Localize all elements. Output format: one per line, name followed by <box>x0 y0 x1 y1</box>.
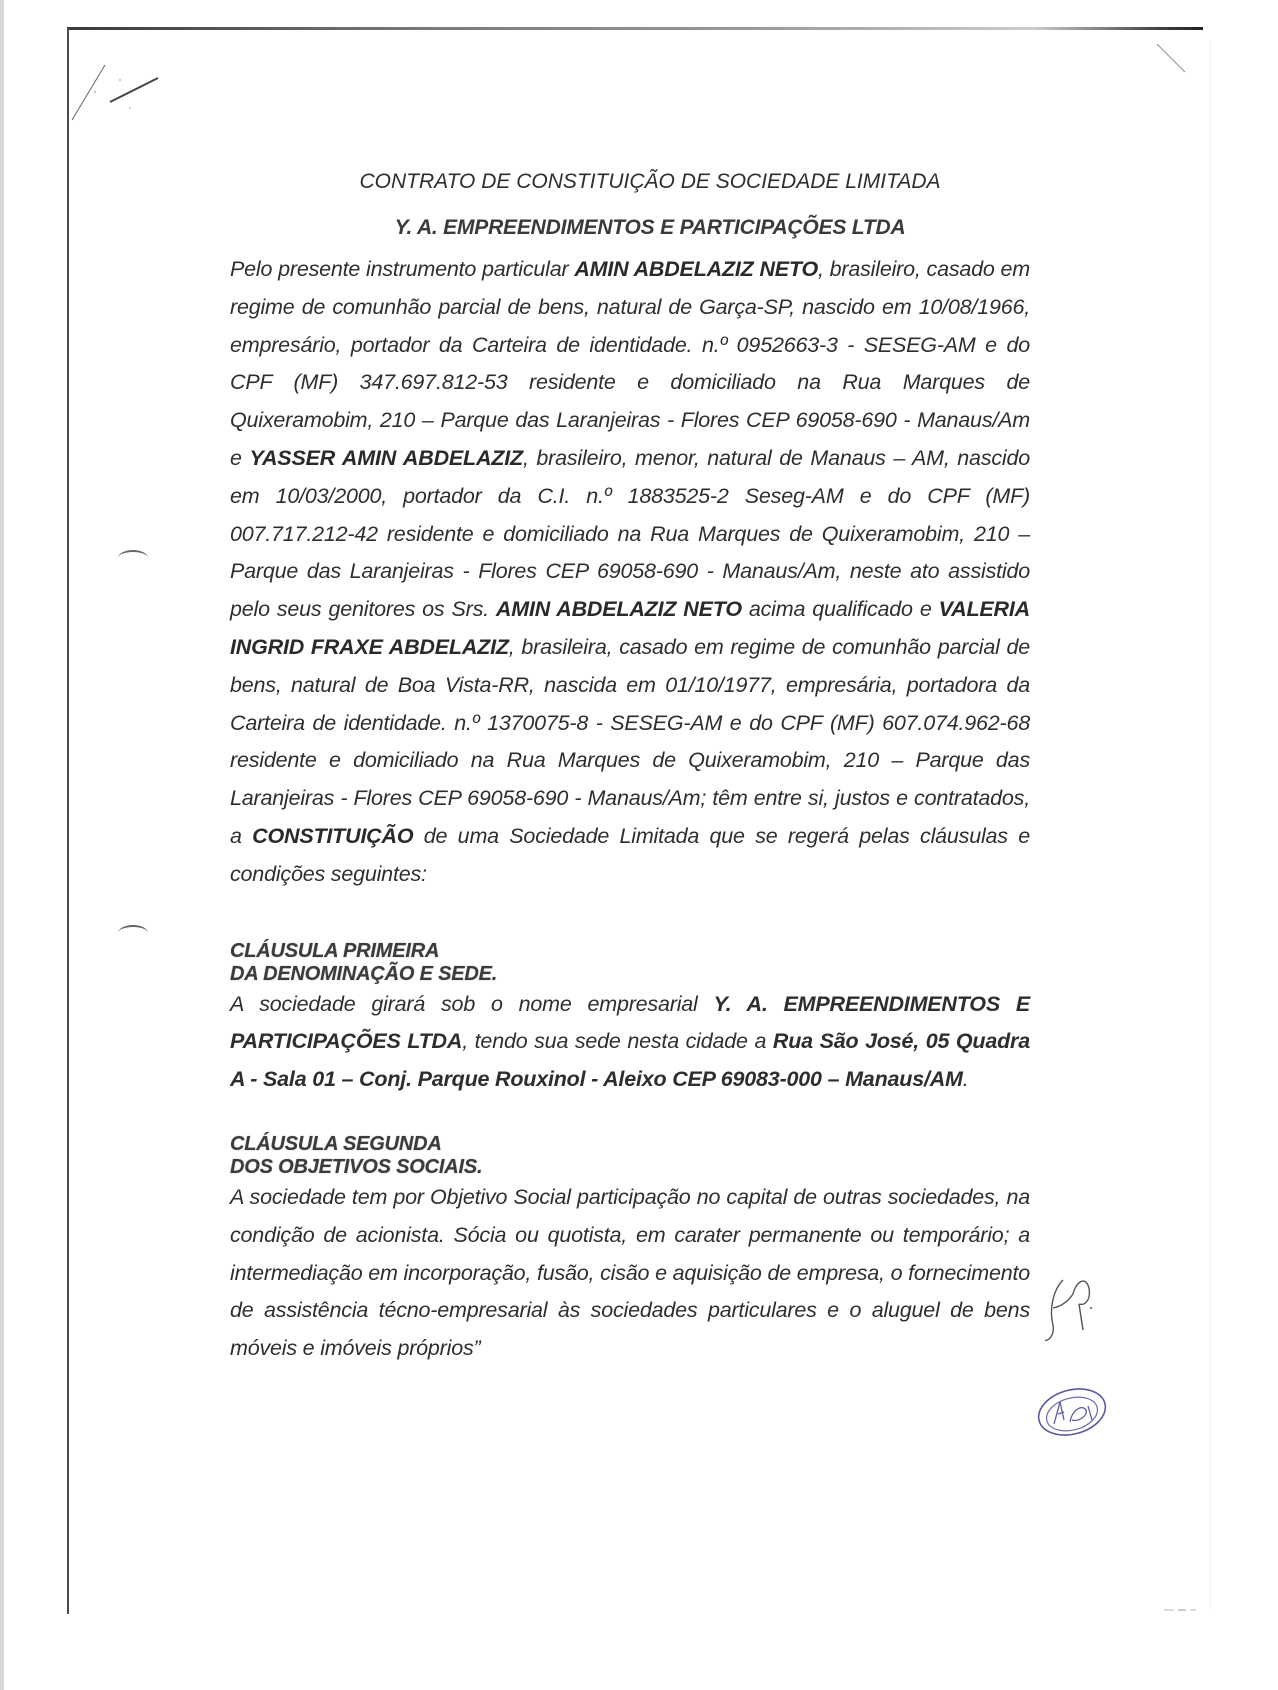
clause-body: A sociedade girará sob o nome empresaria… <box>230 986 1030 1099</box>
handwritten-initials-icon <box>1045 1270 1105 1350</box>
punch-hole-mark <box>118 925 148 941</box>
intro-text: , brasileira, casado em regime de comunh… <box>230 635 1030 848</box>
page-top-edge <box>68 27 1203 30</box>
company-name-heading: Y. A. EMPREENDIMENTOS E PARTICIPAÇÕES LT… <box>230 211 1030 245</box>
intro-text: , brasileiro, casado em regime de comunh… <box>230 257 1030 470</box>
clause-heading: DOS OBJETIVOS SOCIAIS. <box>230 1156 1030 1179</box>
viewer-left-border <box>0 0 4 1690</box>
clause-primeira: CLÁUSULA PRIMEIRA DA DENOMINAÇÃO E SEDE.… <box>230 940 1030 1099</box>
scan-speckle-marks <box>1160 1600 1210 1614</box>
document-title: CONTRATO DE CONSTITUIÇÃO DE SOCIEDADE LI… <box>230 165 1030 199</box>
clause-heading: DA DENOMINAÇÃO E SEDE. <box>230 963 1030 986</box>
corner-fold-mark-icon <box>1155 40 1195 80</box>
circled-initials-stamp-icon <box>1032 1380 1112 1440</box>
intro-paragraph: Pelo presente instrumento particular AMI… <box>230 251 1030 894</box>
intro-text: , brasileiro, menor, natural de Manaus –… <box>230 446 1030 621</box>
page-right-edge <box>1210 40 1211 1610</box>
party-name: AMIN ABDELAZIZ NETO <box>496 597 742 621</box>
clause-number: CLÁUSULA SEGUNDA <box>230 1133 1030 1156</box>
contract-document: CONTRATO DE CONSTITUIÇÃO DE SOCIEDADE LI… <box>230 165 1030 1368</box>
clause-number: CLÁUSULA PRIMEIRA <box>230 940 1030 963</box>
clause-text: , tendo sua sede nesta cidade a <box>462 1029 773 1053</box>
punch-hole-mark <box>118 550 148 566</box>
party-name: AMIN ABDELAZIZ NETO <box>574 257 818 281</box>
party-name: YASSER AMIN ABDELAZIZ <box>249 446 523 470</box>
intro-text: acima qualificado e <box>742 597 939 621</box>
constitution-term: CONSTITUIÇÃO <box>252 824 413 848</box>
clause-text: A sociedade girará sob o nome empresaria… <box>230 992 714 1016</box>
pen-scratch-icon <box>70 60 190 130</box>
page-left-edge <box>67 27 69 1614</box>
intro-text: Pelo presente instrumento particular <box>230 257 574 281</box>
clause-body: A sociedade tem por Objetivo Social part… <box>230 1179 1030 1368</box>
clause-segunda: CLÁUSULA SEGUNDA DOS OBJETIVOS SOCIAIS. … <box>230 1133 1030 1368</box>
clause-text: . <box>963 1067 969 1091</box>
